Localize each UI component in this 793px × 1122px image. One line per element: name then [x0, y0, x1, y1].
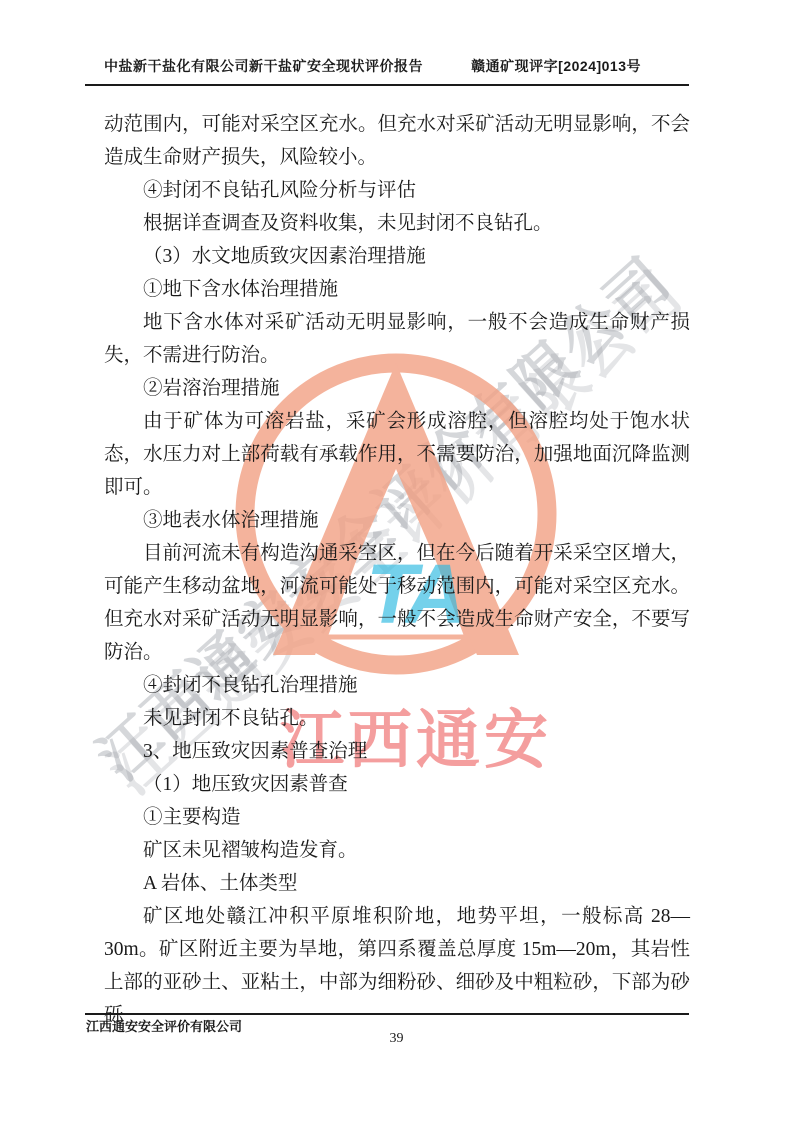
paragraph: ③地表水体治理措施: [104, 504, 690, 537]
paragraph: ①地下含水体治理措施: [104, 273, 690, 306]
paragraph: ②岩溶治理措施: [104, 372, 690, 405]
paragraph: （3）水文地质致灾因素治理措施: [104, 240, 690, 273]
paragraph: （1）地压致灾因素普查: [104, 768, 690, 801]
paragraph: A 岩体、土体类型: [104, 867, 690, 900]
paragraph: 根据详查调查及资料收集，未见封闭不良钻孔。: [104, 207, 690, 240]
paragraph: 矿区未见褶皱构造发育。: [104, 834, 690, 867]
header-report-title: 中盐新干盐化有限公司新干盐矿安全现状评价报告: [104, 56, 423, 76]
page-header: 中盐新干盐化有限公司新干盐矿安全现状评价报告 赣通矿现评字[2024]013号: [104, 56, 641, 76]
paragraph: 目前河流未有构造沟通采空区，但在今后随着开采采空区增大，可能产生移动盆地，河流可…: [104, 537, 690, 669]
paragraph: ①主要构造: [104, 801, 690, 834]
paragraph: ④封闭不良钻孔治理措施: [104, 669, 690, 702]
paragraph: ④封闭不良钻孔风险分析与评估: [104, 174, 690, 207]
document-body: 动范围内，可能对采空区充水。但充水对采矿活动无明显影响，不会造成生命财产损失，风…: [104, 108, 690, 1032]
header-divider: [85, 84, 689, 86]
paragraph: 动范围内，可能对采空区充水。但充水对采矿活动无明显影响，不会造成生命财产损失，风…: [104, 108, 690, 174]
page-number: 39: [0, 1031, 793, 1047]
header-doc-number: 赣通矿现评字[2024]013号: [471, 56, 641, 76]
document-page: 江西通安安全评价有限公司 江西通安安全评价有限公司 TA 江西通安 中盐新干盐化…: [0, 0, 793, 1122]
paragraph: 由于矿体为可溶岩盐，采矿会形成溶腔，但溶腔均处于饱水状态，水压力对上部荷载有承载…: [104, 405, 690, 504]
paragraph: 3、地压致灾因素普查治理: [104, 735, 690, 768]
footer-divider: [85, 1013, 689, 1015]
paragraph: 地下含水体对采矿活动无明显影响，一般不会造成生命财产损失，不需进行防治。: [104, 306, 690, 372]
paragraph: 未见封闭不良钻孔。: [104, 702, 690, 735]
